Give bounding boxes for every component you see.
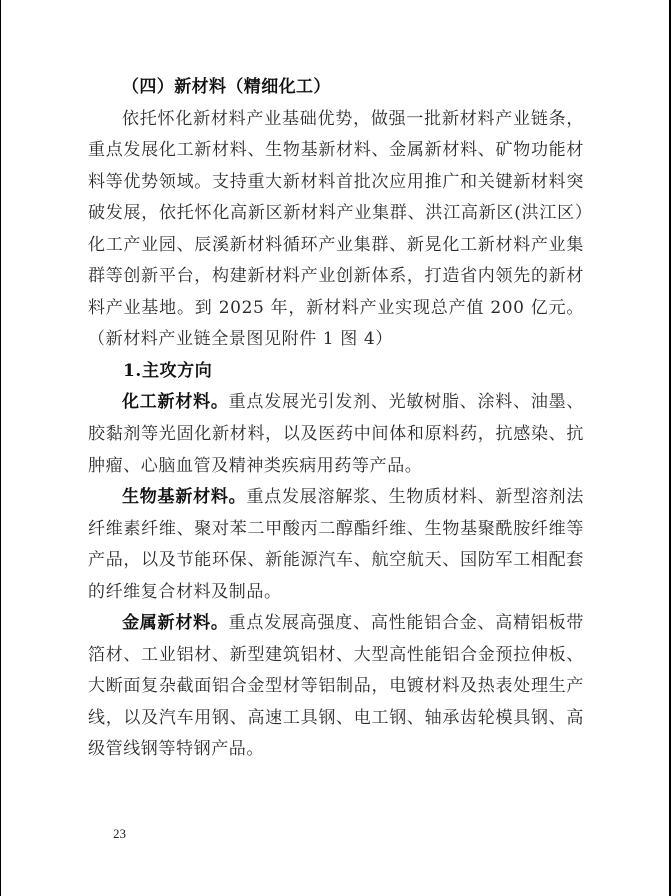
item-lead: 生物基新材料。 [122, 487, 246, 507]
item-chemical-materials: 化工新材料。重点发展光引发剂、光敏树脂、涂料、油墨、胶黏剂等光固化新材料，以及医… [88, 387, 584, 482]
page-number: 23 [113, 826, 126, 842]
document-page: （四）新材料（精细化工） 依托怀化新材料产业基础优势，做强一批新材料产业链条，重… [88, 72, 584, 766]
item-metal-materials: 金属新材料。重点发展高强度、高性能铝合金、高精铝板带箔材、工业铝材、新型建筑铝材… [88, 608, 584, 766]
item-text: 重点发展高强度、高性能铝合金、高精铝板带箔材、工业铝材、新型建筑铝材、大型高性能… [88, 613, 584, 759]
page-border-left [0, 0, 1, 896]
intro-paragraph: 依托怀化新材料产业基础优势，做强一批新材料产业链条，重点发展化工新材料、生物基新… [88, 104, 584, 356]
item-lead: 化工新材料。 [122, 392, 229, 412]
item-lead: 金属新材料。 [122, 613, 229, 633]
section-heading: （四）新材料（精细化工） [88, 72, 584, 104]
subheading-main-direction: 1.主攻方向 [88, 356, 584, 388]
item-bio-based-materials: 生物基新材料。重点发展溶解浆、生物质材料、新型溶剂法纤维素纤维、聚对苯二甲酸丙二… [88, 482, 584, 608]
